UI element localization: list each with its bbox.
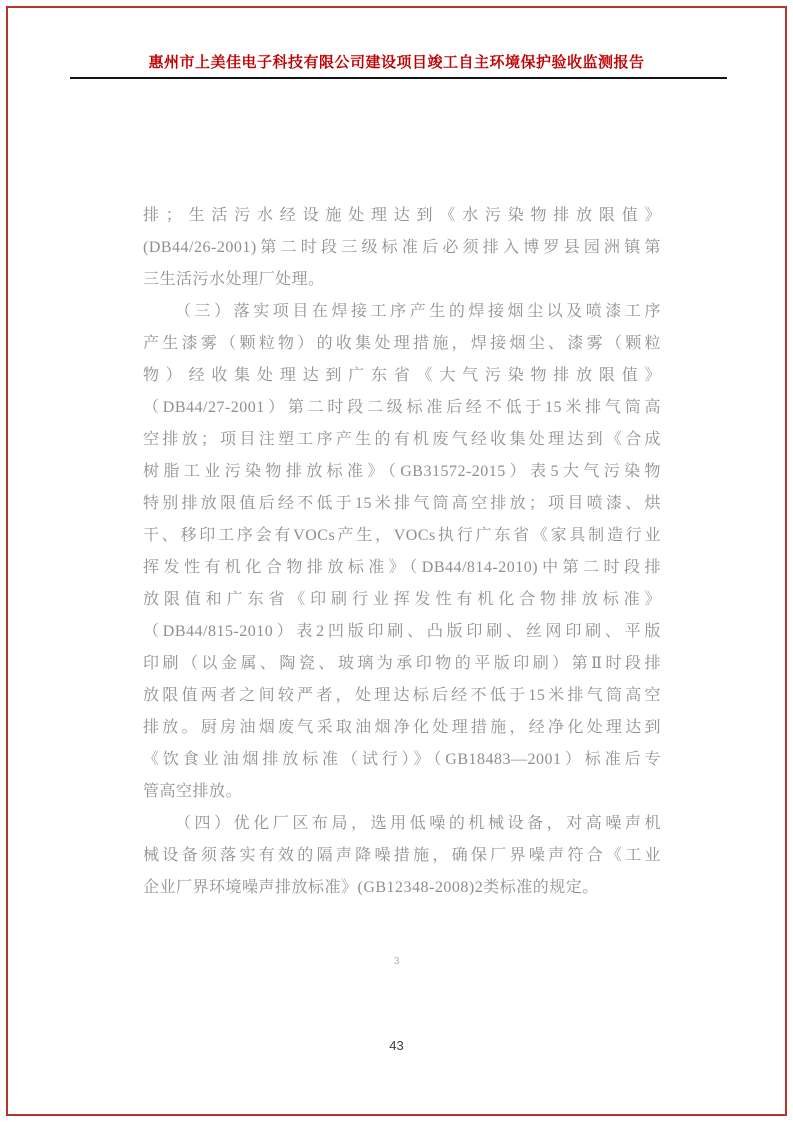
text-line: 特别排放限值后经不低于15米排气筒高空排放；项目喷漆、烘 — [143, 488, 661, 520]
text-line: （DB44/815-2010）表2凹版印刷、凸版印刷、丝网印刷、平版 — [143, 616, 661, 648]
text-line: 企业厂界环境噪声排放标准》(GB12348-2008)2类标准的规定。 — [143, 872, 661, 904]
text-line: 挥发性有机化合物排放标准》（DB44/814-2010)中第二时段排 — [143, 552, 661, 584]
text-line: （DB44/27-2001）第二时段二级标准后经不低于15米排气筒高 — [143, 392, 661, 424]
text-line: 物）经收集处理达到广东省《大气污染物排放限值》 — [143, 360, 661, 392]
header-rule — [70, 77, 727, 79]
text-line: 树脂工业污染物排放标准》（GB31572-2015）表5大气污染物 — [143, 456, 661, 488]
text-line: 印刷（以金属、陶瓷、玻璃为承印物的平版印刷）第Ⅱ时段排 — [143, 648, 661, 680]
text-line: 排；生活污水经设施处理达到《水污染物排放限值》 — [143, 200, 661, 232]
text-line: 放限值两者之间较严者，处理达标后经不低于15米排气筒高空 — [143, 680, 661, 712]
text-line: 《饮食业油烟排放标准（试行）》（GB18483—2001）标准后专 — [143, 744, 661, 776]
text-line: 械设备须落实有效的隔声降噪措施，确保厂界噪声符合《工业 — [143, 840, 661, 872]
text-line: 三生活污水处理厂处理。 — [143, 264, 661, 296]
text-line: 放限值和广东省《印刷行业挥发性有机化合物排放标准》 — [143, 584, 661, 616]
page-number: 43 — [0, 1038, 793, 1053]
text-line: 排放。厨房油烟废气采取油烟净化处理措施，经净化处理达到 — [143, 712, 661, 744]
document-body: 排；生活污水经设施处理达到《水污染物排放限值》(DB44/26-2001)第二时… — [143, 200, 661, 904]
faint-section-number: 3 — [394, 956, 400, 967]
text-line: 干、移印工序会有VOCs产生，VOCs执行广东省《家具制造行业 — [143, 520, 661, 552]
text-line: （三）落实项目在焊接工序产生的焊接烟尘以及喷漆工序 — [143, 296, 661, 328]
text-line: 管高空排放。 — [143, 776, 661, 808]
text-line: （四）优化厂区布局，选用低噪的机械设备，对高噪声机 — [143, 808, 661, 840]
text-line: 产生漆雾（颗粒物）的收集处理措施，焊接烟尘、漆雾（颗粒 — [143, 328, 661, 360]
text-line: (DB44/26-2001)第二时段三级标准后必须排入博罗县园洲镇第 — [143, 232, 661, 264]
document-header-title: 惠州市上美佳电子科技有限公司建设项目竣工自主环境保护验收监测报告 — [0, 51, 793, 72]
text-line: 空排放；项目注塑工序产生的有机废气经收集处理达到《合成 — [143, 424, 661, 456]
